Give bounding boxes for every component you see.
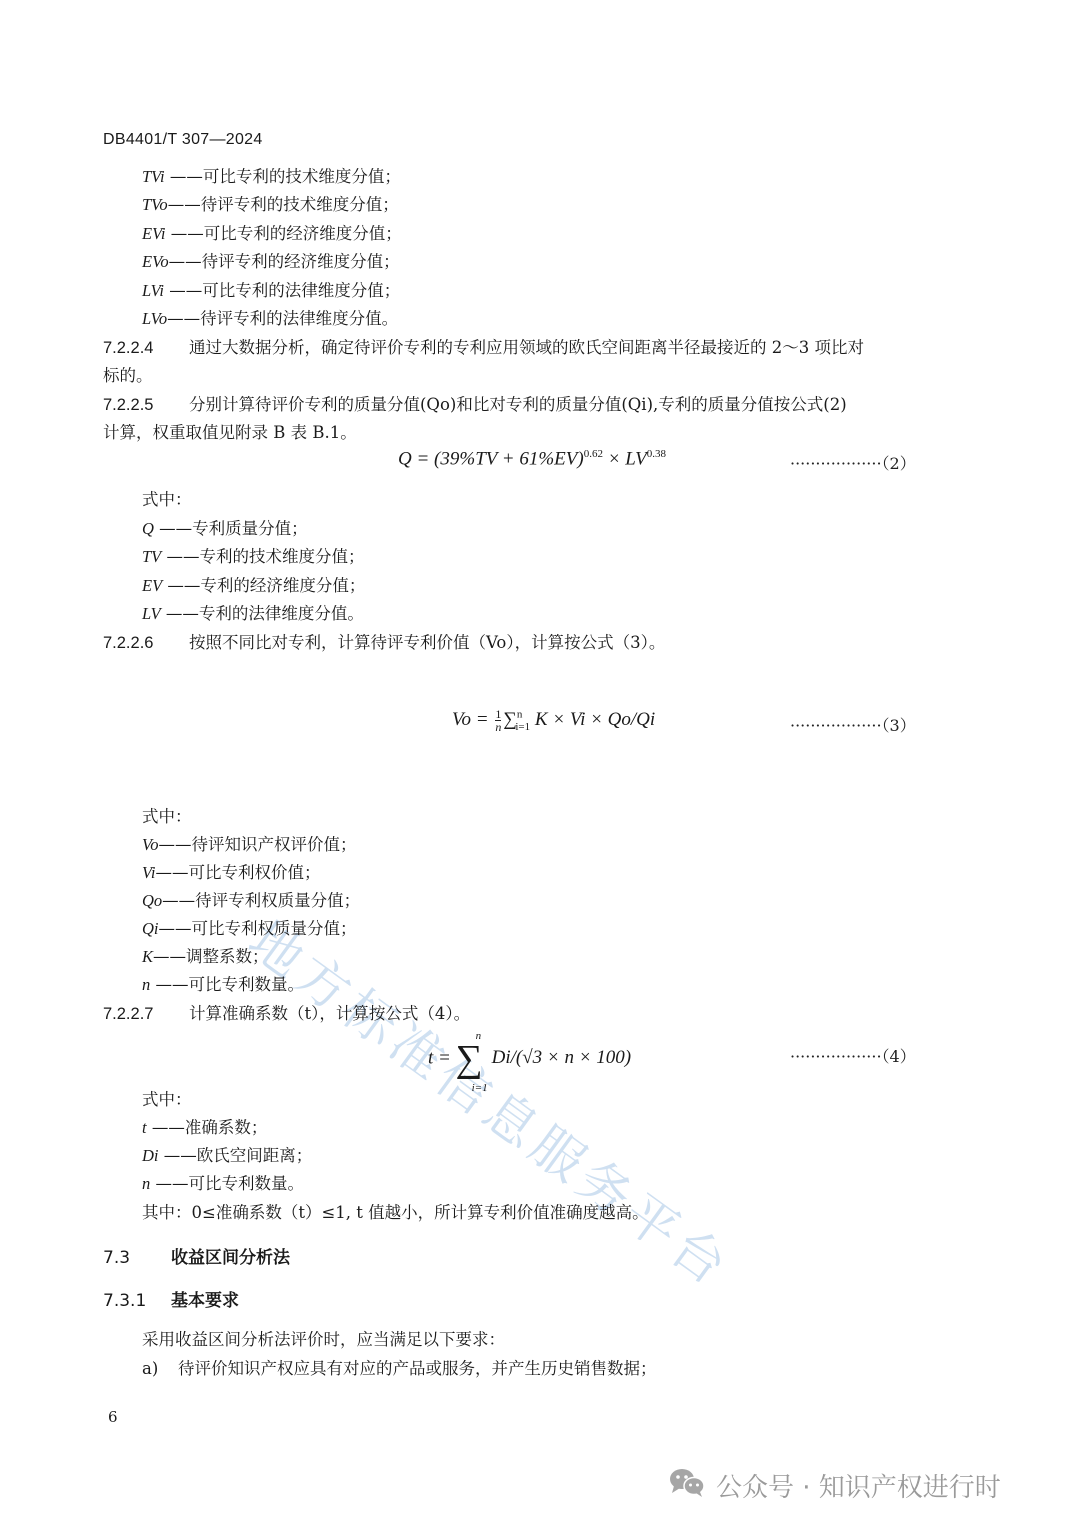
standard-code: DB4401/T 307—2024	[103, 131, 263, 149]
definition-item: Qi——可比专利权质量分值；	[142, 915, 357, 943]
equation-number-3: ··················（3）	[790, 713, 916, 736]
section-heading-7-3: 7.3收益区间分析法	[103, 1243, 290, 1268]
clause-7224: 7.2.2.4通过大数据分析，确定待评价专利的专利应用领域的欧氏空间距离半径最接…	[103, 334, 864, 362]
definition-item: Vi——可比专利权价值；	[142, 859, 320, 887]
note-text: 其中：0≤准确系数（t）≤1, t 值越小，所计算专利价值准确度越高。	[142, 1199, 649, 1227]
definition-item: LV ——专利的法律维度分值。	[142, 600, 364, 628]
clause-7225-cont: 计算，权重取值见附录 B 表 B.1。	[103, 419, 357, 447]
definition-item: Q ——专利质量分值；	[142, 515, 308, 543]
definition-item: Di ——欧氏空间距离；	[142, 1142, 312, 1170]
definition-item: EV ——专利的经济维度分值；	[142, 572, 365, 600]
watermark: 地方标准信息服务平台	[236, 900, 749, 1302]
wechat-footer: 公众号 · 知识产权进行时	[668, 1466, 1001, 1505]
section-heading-7-3-1: 7.3.1基本要求	[103, 1286, 239, 1311]
definition-item: n ——可比专利数量。	[142, 971, 304, 999]
clause-7224-cont: 标的。	[103, 362, 153, 390]
formula-4: t = ∑ni=1Di/(√3 × n × 100)	[428, 1040, 631, 1078]
requirement-item: a)待评价知识产权应具有对应的产品或服务，并产生历史销售数据；	[142, 1355, 657, 1383]
page-number: 6	[108, 1408, 118, 1426]
requirements-intro: 采用收益区间分析法评价时，应当满足以下要求：	[142, 1326, 505, 1354]
definition-item: Qo——待评专利权质量分值；	[142, 887, 360, 915]
definition-item: EVi ——可比专利的经济维度分值；	[142, 220, 402, 248]
equation-number-2: ··················（2）	[790, 451, 916, 474]
clause-7227: 7.2.2.7计算准确系数（t），计算按公式（4）。	[103, 1000, 470, 1028]
definition-item: LVo——待评专利的法律维度分值。	[142, 305, 398, 333]
clause-7226: 7.2.2.6按照不同比对专利，计算待评专利价值（Vo），计算按公式（3）。	[103, 629, 665, 657]
where-label: 式中：	[142, 1086, 192, 1114]
equation-number-4: ··················（4）	[790, 1044, 916, 1067]
clause-7225: 7.2.2.5分别计算待评价专利的质量分值(Qo)和比对专利的质量分值(Qi),…	[103, 391, 847, 419]
definition-item: Vo——待评知识产权评价值；	[142, 831, 357, 859]
definition-item: TVi ——可比专利的技术维度分值；	[142, 163, 401, 191]
footer-label: 公众号 · 知识产权进行时	[716, 1467, 1001, 1504]
definition-item: TVo——待评专利的技术维度分值；	[142, 191, 399, 219]
wechat-icon	[668, 1466, 706, 1505]
definition-item: t ——准确系数；	[142, 1114, 267, 1142]
where-label: 式中：	[142, 803, 192, 831]
definition-item: n ——可比专利数量。	[142, 1170, 304, 1198]
definition-item: EVo——待评专利的经济维度分值；	[142, 248, 400, 276]
formula-3: Vo = 1n∑ni=1 K × Vi × Qo/Qi	[452, 708, 655, 733]
definition-item: TV ——专利的技术维度分值；	[142, 543, 365, 571]
definition-item: LVi ——可比专利的法律维度分值；	[142, 277, 400, 305]
definition-item: K——调整系数；	[142, 943, 269, 971]
where-label: 式中：	[142, 486, 192, 514]
formula-2: Q = (39%TV + 61%EV)0.62 × LV0.38	[398, 448, 666, 470]
